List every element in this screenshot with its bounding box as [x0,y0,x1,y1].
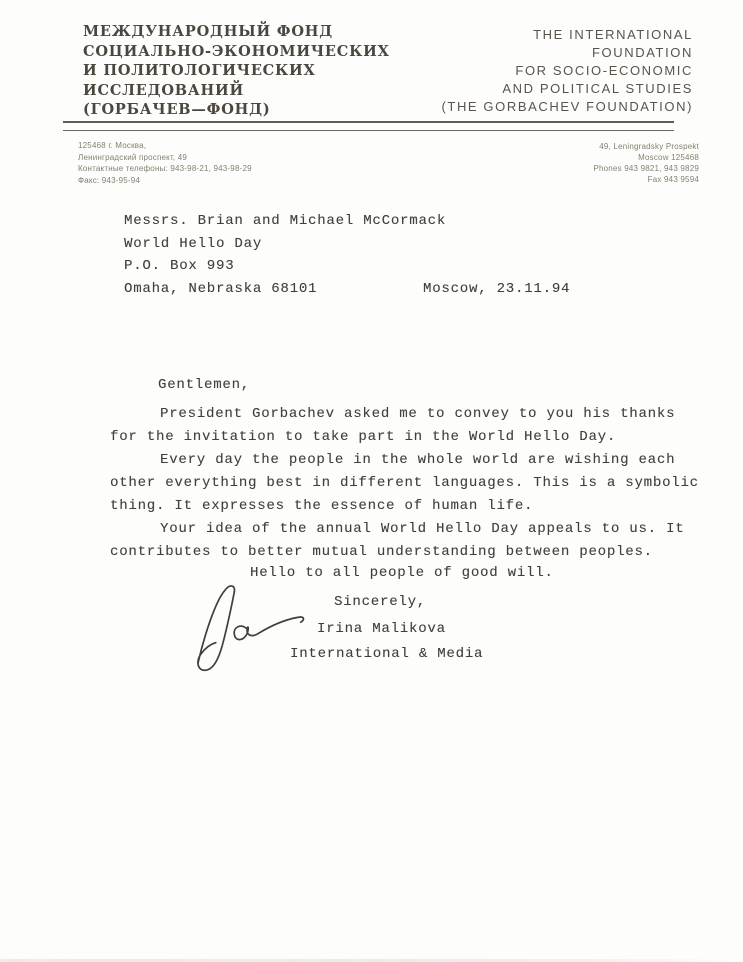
letterhead-english-line: AND POLITICAL STUDIES [441,80,693,98]
letterhead-russian-line: МЕЖДУНАРОДНЫЙ ФОНД [83,22,390,42]
contact-info-english: 49, Leningradsky Prospekt Moscow 125468 … [593,141,699,185]
contact-info-russian: 125468 г. Москва, Ленинградский проспект… [78,140,252,186]
letter-body: President Gorbachev asked me to convey t… [110,403,699,564]
body-line: Every day the people in the whole world … [110,449,699,472]
body-line: for the invitation to take part in the W… [110,426,699,449]
contact-russian-line: Ленинградский проспект, 49 [78,152,252,164]
signer-name: Irina Malikova [317,621,446,637]
contact-english-line: Phones 943 9821, 943 9829 [593,163,699,174]
body-line: thing. It expresses the essence of human… [110,495,699,518]
handwritten-signature-icon [180,578,317,677]
letterhead-russian-line: СОЦИАЛЬНО-ЭКОНОМИЧЕСКИХ [83,42,390,62]
letterhead-russian-line: ИССЛЕДОВАНИЙ [83,81,390,101]
contact-russian-line: Факс: 943-95-94 [78,175,252,187]
contact-english-line: 49, Leningradsky Prospekt [593,141,699,152]
contact-english-line: Fax 943 9594 [593,174,699,185]
contact-english-line: Moscow 125468 [593,152,699,163]
signer-title: International & Media [290,646,483,662]
letterhead-russian: МЕЖДУНАРОДНЫЙ ФОНД СОЦИАЛЬНО-ЭКОНОМИЧЕСК… [83,22,390,120]
body-line: contributes to better mutual understandi… [110,541,699,564]
contact-russian-line: 125468 г. Москва, [78,140,252,152]
body-line: Your idea of the annual World Hello Day … [110,518,699,541]
body-line: other everything best in different langu… [110,472,699,495]
recipient-line: Messrs. Brian and Michael McCormack [124,210,446,233]
letterhead-russian-line: И ПОЛИТОЛОГИЧЕСКИХ [83,61,390,81]
recipient-line: P.O. Box 993 [124,255,446,278]
letterhead-english-line: FOUNDATION [441,44,693,62]
recipient-line: World Hello Day [124,233,446,256]
letterhead-divider-rule [63,121,674,131]
recipient-line: Omaha, Nebraska 68101 [124,278,446,301]
letterhead-english: THE INTERNATIONAL FOUNDATION FOR SOCIO-E… [441,26,693,116]
body-line: President Gorbachev asked me to convey t… [110,403,699,426]
letterhead-russian-line: (ГОРБАЧЕВ—ФОНД) [83,100,390,120]
letterhead-english-line: THE INTERNATIONAL [441,26,693,44]
salutation: Gentlemen, [158,377,250,393]
valediction: Sincerely, [334,594,426,610]
contact-russian-line: Контактные телефоны: 943-98-21, 943-98-2… [78,163,252,175]
recipient-address: Messrs. Brian and Michael McCormack Worl… [124,210,446,300]
letterhead-english-line: (THE GORBACHEV FOUNDATION) [441,98,693,116]
scanned-letter-page: МЕЖДУНАРОДНЫЙ ФОНД СОЦИАЛЬНО-ЭКОНОМИЧЕСК… [0,0,743,962]
dateline: Moscow, 23.11.94 [423,281,570,297]
letterhead-english-line: FOR SOCIO-ECONOMIC [441,62,693,80]
